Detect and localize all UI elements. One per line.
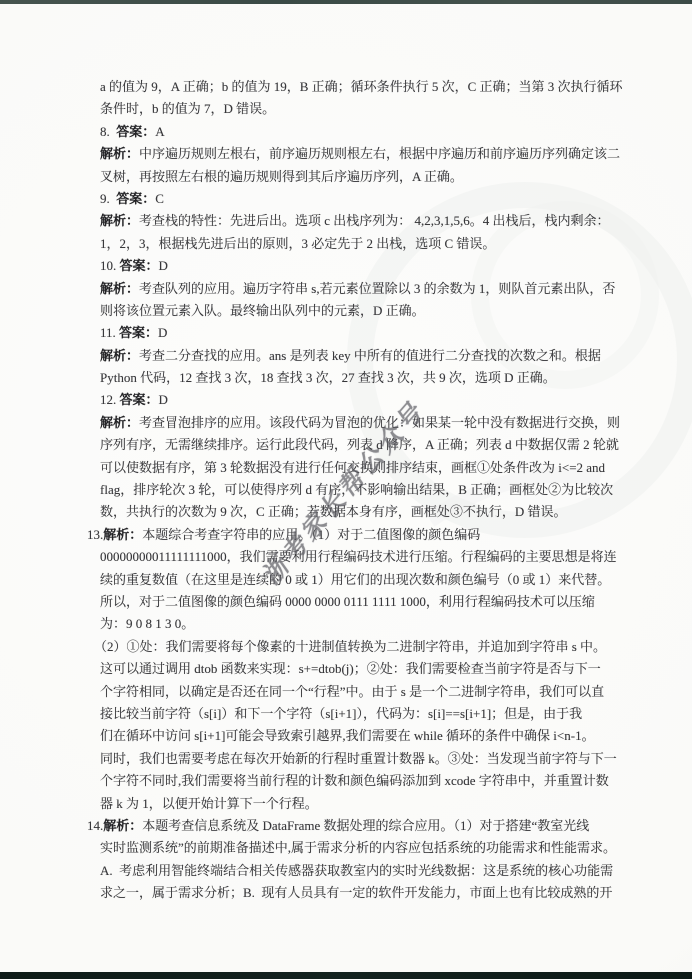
text-line: 12. 答案：D bbox=[100, 389, 605, 411]
text-line: 序列有序，无需继续排序。运行此段代码，列表 d 降序，A 正确；列表 d 中数据… bbox=[100, 434, 605, 456]
text-run: 个字符不同时,我们需要将当前行程的计数和颜色编码添加到 xcode 字符串中，并… bbox=[100, 773, 609, 788]
bold-label: 答案： bbox=[120, 258, 159, 273]
scan-edge-top bbox=[0, 0, 692, 4]
text-run: 11. bbox=[100, 325, 119, 340]
bold-label: 解析： bbox=[103, 818, 142, 833]
text-run: 数，共执行的次数为 9 次，C 正确；若数据本身有序，画框处③不执行，D 错误。 bbox=[100, 504, 567, 519]
bold-label: 答案： bbox=[116, 191, 155, 206]
text-line: 11. 答案：D bbox=[100, 322, 605, 344]
text-run: D bbox=[159, 392, 168, 407]
text-run: （2）①处：我们需要将每个像素的十进制值转换为二进制字符串，并追加到字符串 s … bbox=[94, 639, 606, 654]
text-run: flag，排序轮次 3 轮，可以使得序列 d 有序，不影响输出结果，B 正确；画… bbox=[100, 482, 613, 497]
bold-label: 答案： bbox=[120, 392, 159, 407]
bold-label: 解析： bbox=[100, 281, 139, 296]
text-line: 求之一，属于需求分析；B. 现有人员具有一定的软件开发能力，市面上也有比较成熟的… bbox=[100, 882, 605, 904]
text-run: 个字符相同，以确定是否还在同一个“行程”中。由于 s 是一个二进制字符串，我们可… bbox=[100, 684, 604, 699]
text-line: 13.解析：本题综合考查字符串的应用。（1）对于二值图像的颜色编码 bbox=[87, 524, 605, 546]
text-line: 这可以通过调用 dtob 函数来实现：s+=dtob(j)；②处：我们需要检查当… bbox=[100, 658, 605, 680]
text-line: 同时，我们也需要考虑在每次开始新的行程时重置计数器 k。③处：当发现当前字符与下… bbox=[100, 748, 605, 770]
text-line: 8. 答案：A bbox=[100, 121, 605, 143]
text-line: 则将该位置元素入队。最终输出队列中的元素，D 正确。 bbox=[100, 300, 605, 322]
text-line: 1，2，3，根据栈先进后出的原则，3 必定先于 2 出栈，选项 C 错误。 bbox=[100, 233, 605, 255]
text-line: 实时监测系统”的前期准备描述中,属于需求分析的内容应包括系统的功能需求和性能需求… bbox=[100, 837, 605, 859]
text-run: 00000000011111111000，我们需要利用行程编码技术进行压缩。行程… bbox=[100, 549, 617, 564]
text-run: 叉树，再按照左右根的遍历规则得到其后序遍历序列，A 正确。 bbox=[100, 169, 463, 184]
text-line: 解析：中序遍历规则左根右，前序遍历规则根左右，根据中序遍历和前序遍历序列确定该二 bbox=[100, 143, 605, 165]
text-line: 解析：考查二分查找的应用。ans 是列表 key 中所有的值进行二分查找的次数之… bbox=[100, 345, 605, 367]
text-run: 9. bbox=[100, 191, 116, 206]
text-line: 可以使数据有序，第 3 轮数据没有进行任何交换则排序结束，画框①处条件改为 i<… bbox=[100, 457, 605, 479]
text-line: 14.解析：本题考查信息系统及 DataFrame 数据处理的综合应用。（1）对… bbox=[87, 815, 605, 837]
text-run: 本题考查信息系统及 DataFrame 数据处理的综合应用。（1）对于搭建“教室… bbox=[142, 818, 589, 833]
text-run: 为：9 0 8 1 3 0。 bbox=[100, 616, 194, 631]
bold-label: 解析： bbox=[100, 146, 139, 161]
text-run: A bbox=[155, 124, 164, 139]
text-run: 考查栈的特性：先进后出。选项 c 出栈序列为： 4,2,3,1,5,6。4 出栈… bbox=[139, 213, 610, 228]
text-run: 则将该位置元素入队。最终输出队列中的元素，D 正确。 bbox=[100, 303, 425, 318]
text-run: 本题综合考查字符串的应用。（1）对于二值图像的颜色编码 bbox=[142, 527, 480, 542]
document-page: a 的值为 9，A 正确；b 的值为 19，B 正确；循环条件执行 5 次，C … bbox=[0, 0, 692, 979]
text-line: flag，排序轮次 3 轮，可以使得序列 d 有序，不影响输出结果，B 正确；画… bbox=[100, 479, 605, 501]
text-run: 可以使数据有序，第 3 轮数据没有进行任何交换则排序结束，画框①处条件改为 i<… bbox=[100, 460, 605, 475]
text-line: 00000000011111111000，我们需要利用行程编码技术进行压缩。行程… bbox=[100, 546, 605, 568]
text-run: 14. bbox=[87, 818, 103, 833]
text-line: 9. 答案：C bbox=[100, 188, 605, 210]
text-run: 12. bbox=[100, 392, 120, 407]
answer-text-column: a 的值为 9，A 正确；b 的值为 19，B 正确；循环条件执行 5 次，C … bbox=[100, 76, 605, 904]
text-run: 这可以通过调用 dtob 函数来实现：s+=dtob(j)；②处：我们需要检查当… bbox=[100, 661, 601, 676]
text-line: Python 代码，12 查找 3 次，18 查找 3 次，27 查找 3 次，… bbox=[100, 367, 605, 389]
bold-label: 解析： bbox=[100, 213, 139, 228]
text-run: C bbox=[155, 191, 164, 206]
scan-edge-bottom bbox=[0, 972, 692, 979]
text-line: 器 k 为 1，以便开始计算下一个行程。 bbox=[100, 793, 605, 815]
text-run: D bbox=[158, 325, 167, 340]
text-run: 所以，对于二值图像的颜色编码 0000 0000 0111 1111 1000，… bbox=[100, 594, 595, 609]
text-run: A. 考虑利用智能终端结合相关传感器获取教室内的实时光线数据：这是系统的核心功能… bbox=[100, 863, 613, 878]
text-run: 考查队列的应用。遍历字符串 s,若元素位置除以 3 的余数为 1，则队首元素出队… bbox=[139, 281, 615, 296]
text-run: 序列有序，无需继续排序。运行此段代码，列表 d 降序，A 正确；列表 d 中数据… bbox=[100, 437, 619, 452]
text-line: 接比较当前字符（s[i]）和下一个字符（s[i+1]），代码为：s[i]==s[… bbox=[100, 703, 605, 725]
text-line: 为：9 0 8 1 3 0。 bbox=[100, 613, 605, 635]
text-line: 续的重复数值（在这里是连续的 0 或 1）用它们的出现次数和颜色编号（0 或 1… bbox=[100, 569, 605, 591]
bold-label: 解析： bbox=[100, 415, 139, 430]
text-run: Python 代码，12 查找 3 次，18 查找 3 次，27 查找 3 次，… bbox=[100, 370, 556, 385]
text-line: 们在循环中访问 s[i+1]可能会导致索引越界,我们需要在 while 循环的条… bbox=[100, 725, 605, 747]
text-run: 中序遍历规则左根右，前序遍历规则根左右，根据中序遍历和前序遍历序列确定该二 bbox=[139, 146, 620, 161]
bold-label: 解析： bbox=[103, 527, 142, 542]
text-line: A. 考虑利用智能终端结合相关传感器获取教室内的实时光线数据：这是系统的核心功能… bbox=[100, 860, 605, 882]
text-line: a 的值为 9，A 正确；b 的值为 19，B 正确；循环条件执行 5 次，C … bbox=[100, 76, 605, 98]
text-run: 1，2，3，根据栈先进后出的原则，3 必定先于 2 出栈，选项 C 错误。 bbox=[100, 236, 495, 251]
text-run: 8. bbox=[100, 124, 116, 139]
text-run: 考查二分查找的应用。ans 是列表 key 中所有的值进行二分查找的次数之和。根… bbox=[139, 348, 601, 363]
text-run: 13. bbox=[87, 527, 103, 542]
text-run: 器 k 为 1，以便开始计算下一个行程。 bbox=[100, 796, 318, 811]
text-line: （2）①处：我们需要将每个像素的十进制值转换为二进制字符串，并追加到字符串 s … bbox=[94, 636, 605, 658]
text-line: 条件时，b 的值为 7，D 错误。 bbox=[100, 98, 605, 120]
bold-label: 解析： bbox=[100, 348, 139, 363]
text-run: 接比较当前字符（s[i]）和下一个字符（s[i+1]），代码为：s[i]==s[… bbox=[100, 706, 582, 721]
text-line: 叉树，再按照左右根的遍历规则得到其后序遍历序列，A 正确。 bbox=[100, 166, 605, 188]
text-run: 们在循环中访问 s[i+1]可能会导致索引越界,我们需要在 while 循环的条… bbox=[100, 728, 595, 743]
text-run: 10. bbox=[100, 258, 120, 273]
bold-label: 答案： bbox=[119, 325, 158, 340]
text-line: 数，共执行的次数为 9 次，C 正确；若数据本身有序，画框处③不执行，D 错误。 bbox=[100, 501, 605, 523]
text-run: D bbox=[159, 258, 168, 273]
text-line: 10. 答案：D bbox=[100, 255, 605, 277]
text-line: 所以，对于二值图像的颜色编码 0000 0000 0111 1111 1000，… bbox=[100, 591, 605, 613]
text-run: 求之一，属于需求分析；B. 现有人员具有一定的软件开发能力，市面上也有比较成熟的… bbox=[100, 885, 612, 900]
text-line: 解析：考查冒泡排序的应用。该段代码为冒泡的优化：如果某一轮中没有数据进行交换，则 bbox=[100, 412, 605, 434]
text-run: 考查冒泡排序的应用。该段代码为冒泡的优化：如果某一轮中没有数据进行交换，则 bbox=[139, 415, 620, 430]
text-line: 个字符不同时,我们需要将当前行程的计数和颜色编码添加到 xcode 字符串中，并… bbox=[100, 770, 605, 792]
text-line: 解析：考查队列的应用。遍历字符串 s,若元素位置除以 3 的余数为 1，则队首元… bbox=[100, 278, 605, 300]
text-run: 实时监测系统”的前期准备描述中,属于需求分析的内容应包括系统的功能需求和性能需求… bbox=[100, 840, 616, 855]
text-line: 解析：考查栈的特性：先进后出。选项 c 出栈序列为： 4,2,3,1,5,6。4… bbox=[100, 210, 605, 232]
bold-label: 答案： bbox=[116, 124, 155, 139]
text-run: 条件时，b 的值为 7，D 错误。 bbox=[100, 101, 275, 116]
text-run: 续的重复数值（在这里是连续的 0 或 1）用它们的出现次数和颜色编号（0 或 1… bbox=[100, 572, 610, 587]
text-run: a 的值为 9，A 正确；b 的值为 19，B 正确；循环条件执行 5 次，C … bbox=[100, 79, 623, 94]
text-line: 个字符相同，以确定是否还在同一个“行程”中。由于 s 是一个二进制字符串，我们可… bbox=[100, 681, 605, 703]
text-run: 同时，我们也需要考虑在每次开始新的行程时重置计数器 k。③处：当发现当前字符与下… bbox=[100, 751, 617, 766]
